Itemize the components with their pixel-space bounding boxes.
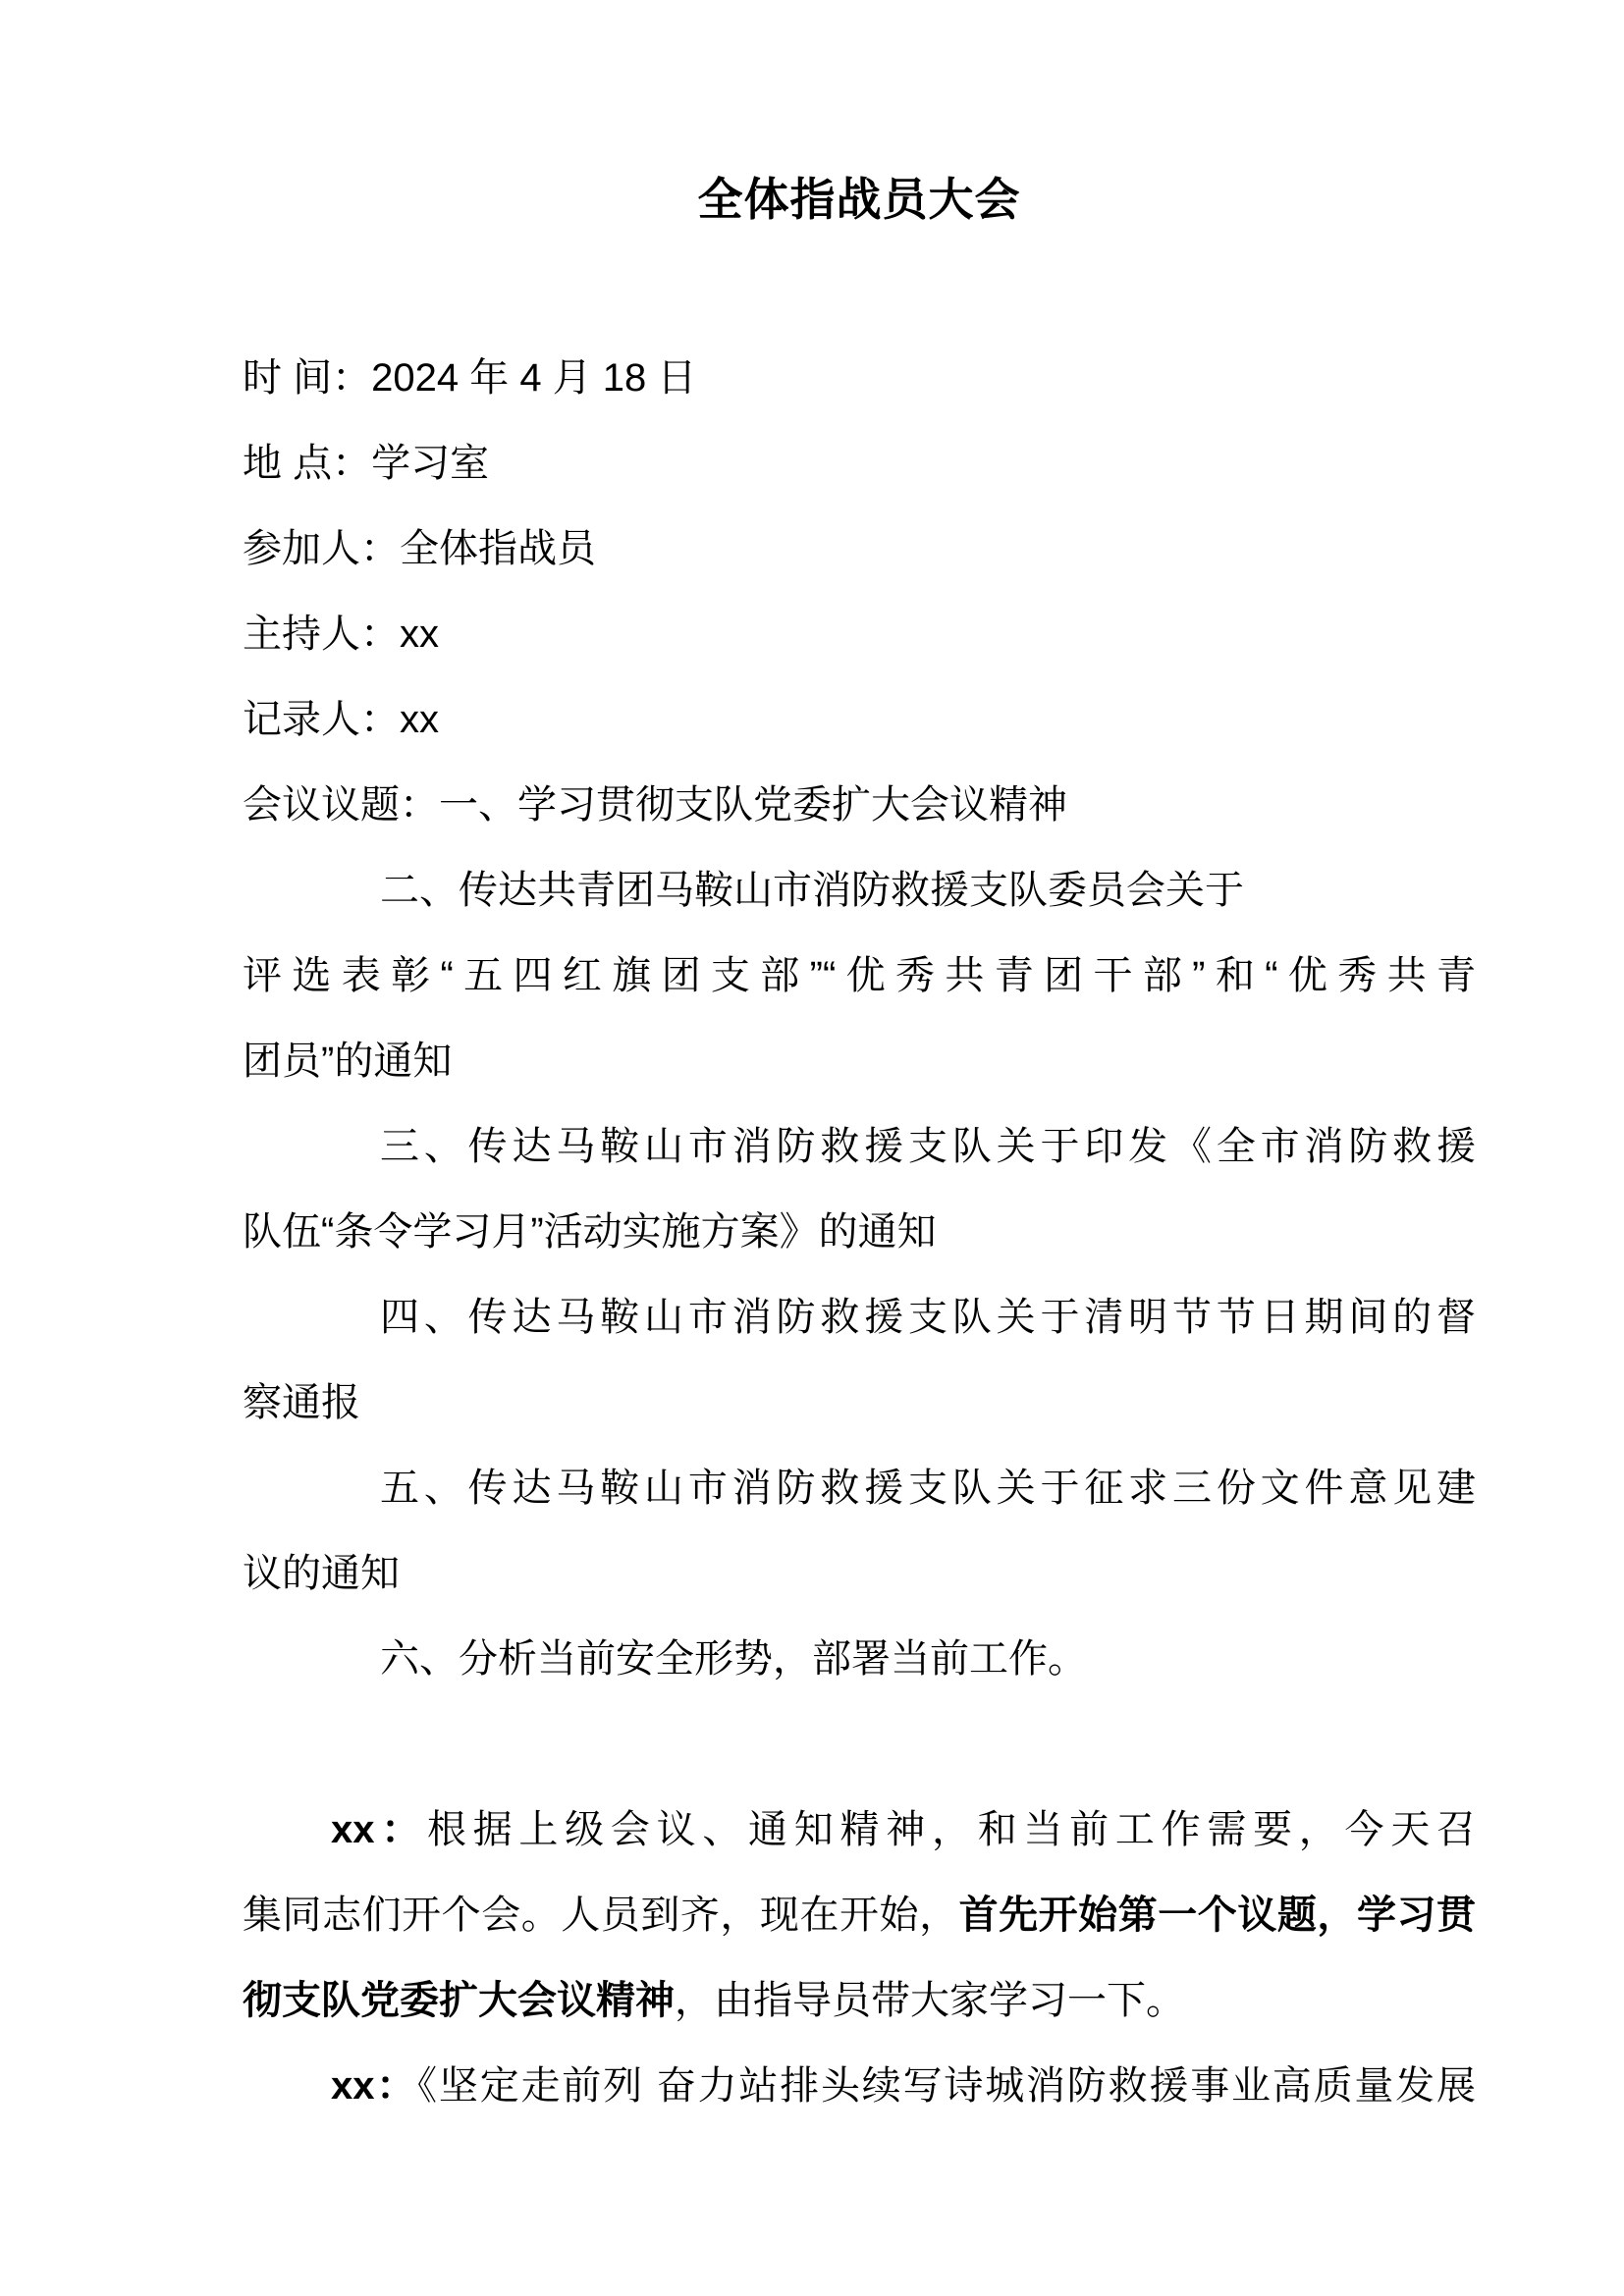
text-segment: 议的通知 bbox=[243, 1552, 400, 1595]
text-segment-bold: xx： bbox=[331, 2064, 417, 2108]
doc-line bbox=[243, 1702, 1476, 1788]
text-segment: 记录人：xx bbox=[243, 698, 439, 741]
text-segment: 团员”的通知 bbox=[243, 1040, 452, 1083]
doc-line: 评选表彰“五四红旗团支部”“优秀共青团干部”和“优秀共青 bbox=[243, 934, 1476, 1019]
doc-line: 记录人：xx bbox=[243, 677, 1476, 763]
text-segment: 主持人：xx bbox=[243, 613, 439, 656]
doc-line: 团员”的通知 bbox=[243, 1019, 1476, 1104]
text-segment: 会议议题：一、学习贯彻支队党委扩大会议精神 bbox=[243, 783, 1067, 827]
document-title: 全体指战员大会 bbox=[243, 167, 1476, 232]
text-segment: 六、分析当前安全形势，部署当前工作。 bbox=[380, 1637, 1087, 1681]
text-segment: 《坚定走前列 奋力站排头续写诗城消防救援事业高质量发展 bbox=[417, 2064, 1476, 2108]
doc-line: 集同志们开个会。人员到齐，现在开始，首先开始第一个议题，学习贯 bbox=[243, 1873, 1476, 1958]
text-segment: 时 间：2024 年 4 月 18 日 bbox=[243, 356, 696, 400]
text-segment: 二、传达共青团马鞍山市消防救援支队委员会关于 bbox=[380, 869, 1244, 912]
doc-line: 四、传达马鞍山市消防救援支队关于清明节节日期间的督 bbox=[243, 1275, 1476, 1361]
doc-line: xx：根据上级会议、通知精神，和当前工作需要，今天召 bbox=[243, 1788, 1476, 1873]
text-segment: 五、传达马鞍山市消防救援支队关于征求三份文件意见建 bbox=[380, 1467, 1476, 1510]
text-segment-bold: 彻支队党委扩大会议精神 bbox=[243, 1979, 675, 2022]
doc-line: 六、分析当前安全形势，部署当前工作。 bbox=[243, 1617, 1476, 1702]
doc-line: 参加人：全体指战员 bbox=[243, 507, 1476, 592]
doc-line: xx：《坚定走前列 奋力站排头续写诗城消防救援事业高质量发展 bbox=[243, 2044, 1476, 2129]
text-segment: ，由指导员带大家学习一下。 bbox=[675, 1979, 1185, 2022]
doc-line: 会议议题：一、学习贯彻支队党委扩大会议精神 bbox=[243, 763, 1476, 848]
text-segment: 四、传达马鞍山市消防救援支队关于清明节节日期间的督 bbox=[380, 1296, 1476, 1339]
doc-line: 议的通知 bbox=[243, 1531, 1476, 1617]
doc-line: 三、传达马鞍山市消防救援支队关于印发《全市消防救援 bbox=[243, 1104, 1476, 1190]
text-segment: 三、传达马鞍山市消防救援支队关于印发《全市消防救援 bbox=[380, 1125, 1476, 1168]
text-segment: 评选表彰“五四红旗团支部”“优秀共青团干部”和“优秀共青 bbox=[243, 954, 1476, 997]
doc-line: 彻支队党委扩大会议精神，由指导员带大家学习一下。 bbox=[243, 1958, 1476, 2044]
text-segment: 根据上级会议、通知精神，和当前工作需要，今天召 bbox=[427, 1808, 1476, 1851]
text-segment: 队伍“条令学习月”活动实施方案》的通知 bbox=[243, 1210, 937, 1254]
doc-line: 五、传达马鞍山市消防救援支队关于征求三份文件意见建 bbox=[243, 1446, 1476, 1531]
doc-line: 察通报 bbox=[243, 1361, 1476, 1446]
text-segment-bold: xx： bbox=[331, 1808, 427, 1851]
text-segment: 地 点：学习室 bbox=[243, 442, 489, 485]
document-page: 全体指战员大会 时 间：2024 年 4 月 18 日地 点：学习室参加人：全体… bbox=[0, 0, 1624, 2296]
document-body: 时 间：2024 年 4 月 18 日地 点：学习室参加人：全体指战员主持人：x… bbox=[243, 336, 1476, 2129]
doc-line: 二、传达共青团马鞍山市消防救援支队委员会关于 bbox=[243, 848, 1476, 934]
text-segment: 集同志们开个会。人员到齐，现在开始， bbox=[243, 1894, 959, 1937]
text-segment: 察通报 bbox=[243, 1381, 360, 1424]
doc-line: 队伍“条令学习月”活动实施方案》的通知 bbox=[243, 1190, 1476, 1275]
doc-line: 主持人：xx bbox=[243, 592, 1476, 677]
text-segment: 参加人：全体指战员 bbox=[243, 527, 596, 570]
doc-line: 时 间：2024 年 4 月 18 日 bbox=[243, 336, 1476, 421]
text-segment-bold: 首先开始第一个议题，学习贯 bbox=[959, 1894, 1476, 1937]
doc-line: 地 点：学习室 bbox=[243, 421, 1476, 507]
